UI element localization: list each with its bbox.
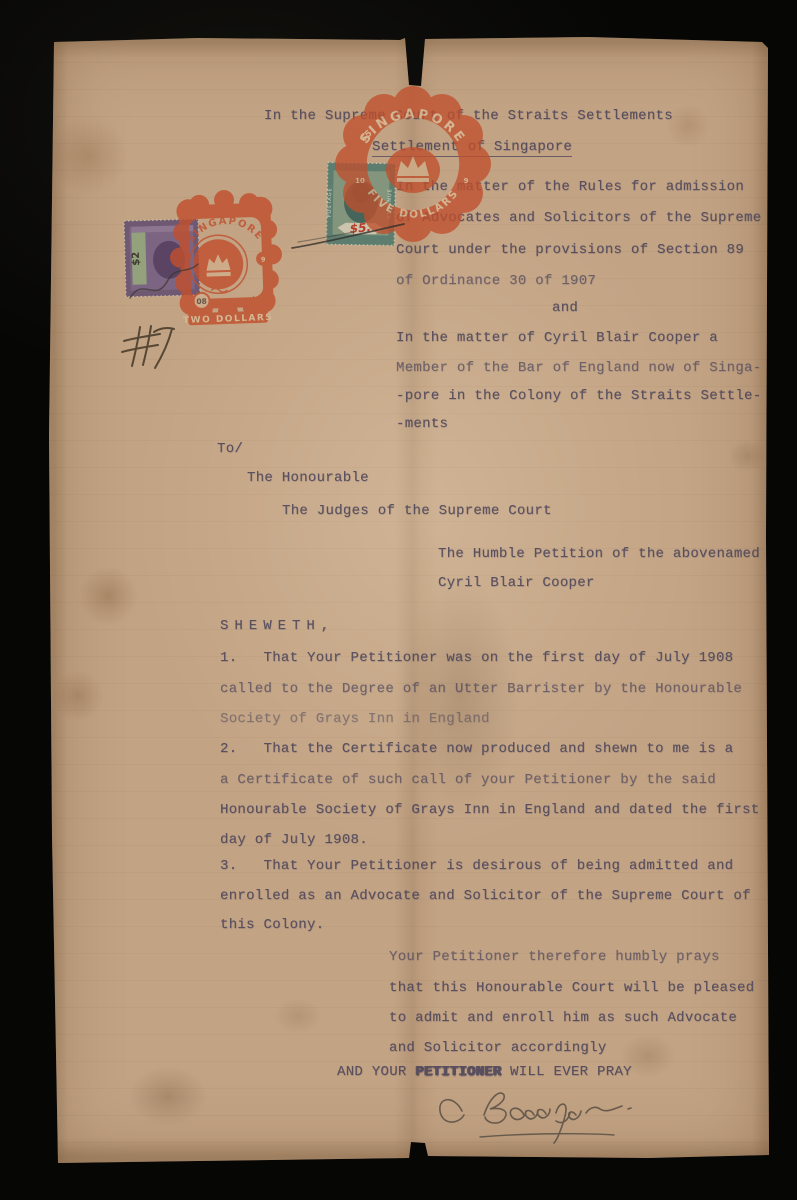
body-line-5: a Certificate of such call of your Petit… xyxy=(220,772,716,788)
body-line-3: Society of Grays Inn in England xyxy=(220,711,490,727)
address-judges: The Judges of the Supreme Court xyxy=(282,503,552,519)
photograph-background: { "doc": { "header": { "court": "In the … xyxy=(0,0,797,1200)
closing-line: AND YOUR PETITIONER WILL EVER PRAY xyxy=(337,1064,632,1080)
closing-post: WILL EVER PRAY xyxy=(501,1064,632,1080)
two-dollar-value: $2. xyxy=(250,294,270,308)
address-to: To/ xyxy=(217,441,243,457)
sheweth-heading: SHEWETH, xyxy=(220,618,335,634)
prayer-line-2: that this Honourable Court will be pleas… xyxy=(389,980,754,996)
prayer-line-3: to admit and enroll him as such Advocate xyxy=(389,1010,737,1026)
matter2-line-4: -ments xyxy=(396,416,448,432)
annotation-number-seven: #7 xyxy=(122,326,174,368)
matter1-line-3: Court under the provisions of Section 89 xyxy=(396,242,744,258)
two-dollar-stamp-body: SINGAPORE 9 08 $2. TWO DOLLARS xyxy=(168,188,285,326)
intro-line-2: Cyril Blair Cooper xyxy=(438,575,595,591)
prayer-line-4: and Solicitor accordingly xyxy=(389,1040,607,1056)
body-line-9: enrolled as an Advocate and Solicitor of… xyxy=(220,888,751,904)
purple-stamp-value: $2 xyxy=(131,252,142,266)
matter2-line-1: In the matter of Cyril Blair Cooper a xyxy=(396,330,718,346)
red-two-dollar-embossed-stamp: TWO DOLLARS SINGAPORE xyxy=(164,184,289,328)
conjunction-and: and xyxy=(552,300,578,316)
body-line-2: called to the Degree of an Utter Barrist… xyxy=(220,681,742,697)
body-line-10: this Colony. xyxy=(220,917,324,933)
body-line-1: 1. That Your Petitioner was on the first… xyxy=(220,650,733,666)
two-dollar-year: 08 xyxy=(196,297,207,306)
address-honourable: The Honourable xyxy=(247,470,369,486)
two-dollar-denomination: TWO DOLLARS xyxy=(183,313,274,326)
matter2-line-2: Member of the Bar of England now of Sing… xyxy=(396,360,761,376)
intro-line-1: The Humble Petition of the abovenamed xyxy=(438,546,760,562)
body-line-8: 3. That Your Petitioner is desirous of b… xyxy=(220,858,733,874)
body-line-6: Honourable Society of Grays Inn in Engla… xyxy=(220,802,759,818)
signature-cb-cooper: C B Cooper. xyxy=(428,1081,658,1151)
body-line-7: day of July 1908. xyxy=(220,832,368,848)
two-dollar-side-number: 9 xyxy=(261,256,266,264)
rosette-ring: SINGAPORE FIVE DOLLARS $5 10 9 xyxy=(335,86,491,242)
matter2-line-3: -pore in the Colony of the Straits Settl… xyxy=(396,388,761,404)
body-line-4: 2. That the Certificate now produced and… xyxy=(220,741,733,757)
five-dollar-right-number: 9 xyxy=(464,177,469,185)
red-five-dollar-embossed-stamp: FIVE DOLLARS SINGAPORE FIVE DOLLARS xyxy=(333,84,493,244)
petition-document-page: In the Supreme Court of the Straits Sett… xyxy=(48,36,770,1164)
closing-pre: AND YOUR xyxy=(337,1064,415,1080)
five-dollar-left-number: 10 xyxy=(355,177,365,185)
prayer-line-1: Your Petitioner therefore humbly prays xyxy=(389,949,720,965)
matter1-line-4: of Ordinance 30 of 1907 xyxy=(396,273,596,289)
closing-overstruck-word: PETITIONER xyxy=(415,1064,501,1080)
